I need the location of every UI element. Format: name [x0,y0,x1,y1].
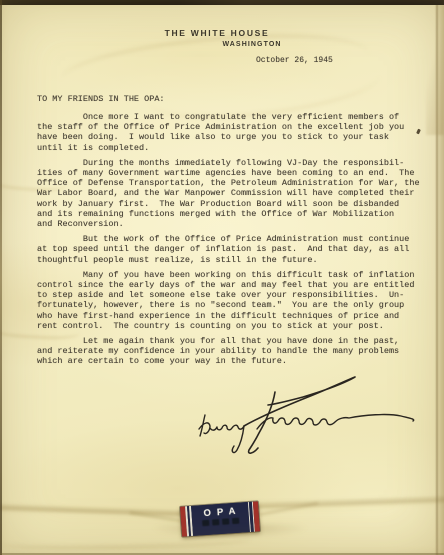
signature-flourish [244,377,355,453]
letterhead-city: WASHINGTON [222,41,281,48]
letter-paragraph: During the months immediately following … [37,158,432,229]
scanned-letter: THE WHITE HOUSE WASHINGTON October 26, 1… [0,0,444,555]
scan-edge-left [0,0,2,555]
signature-stroke-truman [257,415,414,429]
letter-paragraph: But the work of the Office of Price Admi… [37,234,432,265]
letter-paragraph: Many of you have been working on this di… [37,270,432,331]
opa-ribbon-badge: OPA [180,501,260,536]
letter-date: October 26, 1945 [256,56,333,65]
emboss-mark [212,519,219,525]
emboss-mark [221,518,228,524]
letterhead-organization: THE WHITE HOUSE [165,28,270,38]
letter-paragraph: Let me again thank you for all that you … [37,336,432,367]
letter-body: Once more I want to congratulate the ver… [37,112,432,372]
emboss-mark [231,518,238,524]
badge-field: OPA [191,502,250,536]
emboss-mark [202,520,209,526]
signature-stroke-harry [199,415,244,453]
badge-embossed-marks [202,518,239,527]
letter-paragraph: Once more I want to congratulate the ver… [37,112,432,153]
truman-signature [183,371,435,467]
salutation: TO MY FRIENDS IN THE OPA: [37,94,165,104]
scan-edge-top [0,0,444,5]
